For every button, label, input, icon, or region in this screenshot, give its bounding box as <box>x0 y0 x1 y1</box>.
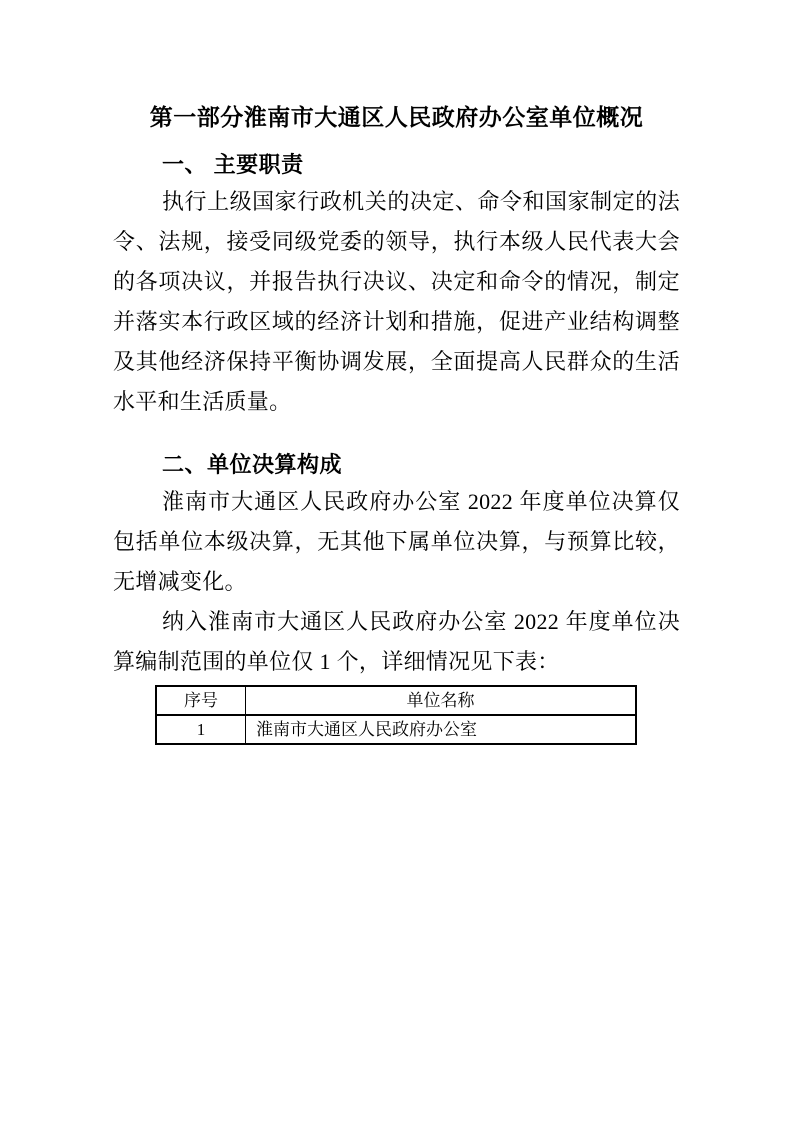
section-1-heading: 一、 主要职责 <box>113 148 680 182</box>
document-page: 第一部分淮南市大通区人民政府办公室单位概况 一、 主要职责 执行上级国家行政机关… <box>0 0 793 1122</box>
table-header-row: 序号 单位名称 <box>156 686 636 715</box>
unit-list-table: 序号 单位名称 1 淮南市大通区人民政府办公室 <box>155 685 637 745</box>
section-2-paragraph-2: 纳入淮南市大通区人民政府办公室 2022 年度单位决算编制范围的单位仅 1 个，… <box>113 602 680 682</box>
document-title: 第一部分淮南市大通区人民政府办公室单位概况 <box>113 100 680 134</box>
section-2-paragraph-1: 淮南市大通区人民政府办公室 2022 年度单位决算仅包括单位本级决算，无其他下属… <box>113 482 680 602</box>
column-header-serial-number: 序号 <box>156 686 246 715</box>
cell-unit-name: 淮南市大通区人民政府办公室 <box>246 715 637 744</box>
column-header-unit-name: 单位名称 <box>246 686 637 715</box>
section-1-paragraph-1: 执行上级国家行政机关的决定、命令和国家制定的法令、法规，接受同级党委的领导，执行… <box>113 182 680 422</box>
section-2-heading: 二、单位决算构成 <box>113 448 680 482</box>
cell-serial-number: 1 <box>156 715 246 744</box>
table-row: 1 淮南市大通区人民政府办公室 <box>156 715 636 744</box>
